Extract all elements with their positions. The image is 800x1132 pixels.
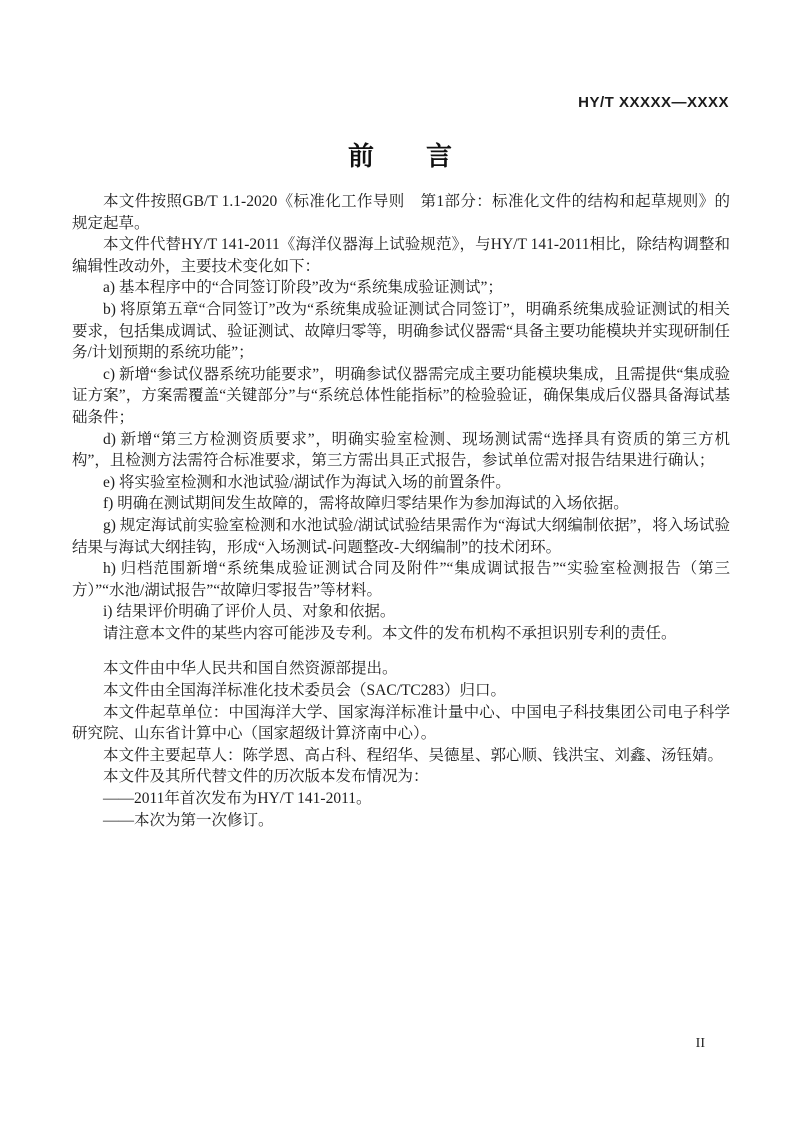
paragraph: 本文件按照GB/T 1.1-2020《标准化工作导则 第1部分：标准化文件的结构… [72,191,730,234]
page-number: II [696,1036,705,1052]
doc-number: HY/T XXXXX—XXXX [578,94,729,111]
list-item-i: i) 结果评价明确了评价人员、对象和依据。 [72,601,730,623]
list-item-e: e) 将实验室检测和水池试验/湖试作为海试入场的前置条件。 [72,472,730,494]
list-item-d: d) 新增“第三方检测资质要求”，明确实验室检测、现场测试需“选择具有资质的第三… [72,429,730,472]
list-item-f: f) 明确在测试期间发生故障的，需将故障归零结果作为参加海试的入场依据。 [72,493,730,515]
list-item-a: a) 基本程序中的“合同签订阶段”改为“系统集成验证测试”； [72,277,730,299]
proposed-by: 本文件由中华人民共和国自然资源部提出。 [72,658,730,680]
version-history-item: ——本次为第一次修订。 [72,810,730,832]
centralized-by: 本文件由全国海洋标准化技术委员会（SAC/TC283）归口。 [72,680,730,702]
document-page: HY/T XXXXX—XXXX 前 言 本文件按照GB/T 1.1-2020《标… [0,0,800,1132]
list-item-h: h) 归档范围新增“系统集成验证测试合同及附件”“集成调试报告”“实验室检测报告… [72,558,730,601]
list-item-g: g) 规定海试前实验室检测和水池试验/湖试试验结果需作为“海试大纲编制依据”，将… [72,515,730,558]
paragraph: 本文件代替HY/T 141-2011《海洋仪器海上试验规范》，与HY/T 141… [72,234,730,277]
foreword-body: 本文件按照GB/T 1.1-2020《标准化工作导则 第1部分：标准化文件的结构… [72,191,730,831]
version-history-intro: 本文件及其所代替文件的历次版本发布情况为： [72,766,730,788]
patent-notice: 请注意本文件的某些内容可能涉及专利。本文件的发布机构不承担识别专利的责任。 [72,623,730,645]
list-item-b: b) 将原第五章“合同签订”改为“系统集成验证测试合同签订”，明确系统集成验证测… [72,299,730,364]
list-item-c: c) 新增“参试仪器系统功能要求”，明确参试仪器需完成主要功能模块集成，且需提供… [72,364,730,429]
drafting-organizations: 本文件起草单位：中国海洋大学、国家海洋标准计量中心、中国电子科技集团公司电子科学… [72,702,730,745]
page-title: 前 言 [0,136,800,173]
version-history-item: ——2011年首次发布为HY/T 141-2011。 [72,788,730,810]
main-drafters: 本文件主要起草人：陈学恩、高占科、程绍华、吴德星、郭心顺、钱洪宝、刘鑫、汤钰婧。 [72,745,730,767]
